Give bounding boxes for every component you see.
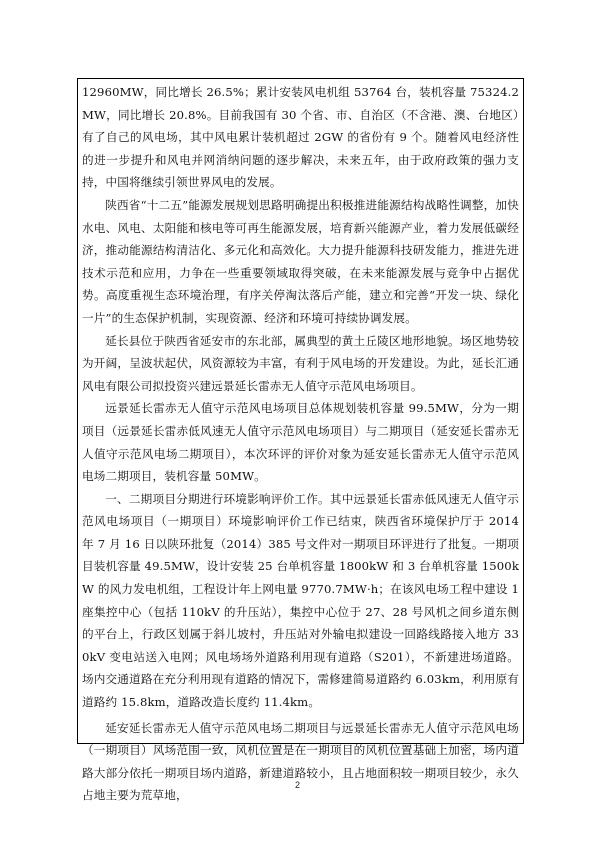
content-frame: 12960MW，同比增长 26.5%；累计安装风电机组 53764 台，装机容量… [77,78,524,744]
page-number: 2 [0,780,595,790]
paragraph-yanchang-county: 延长县位于陕西省延安市的东北部，属典型的黄土丘陵区地形地貌。场区地势较为开阔，呈… [82,330,519,398]
paragraph-phase-two-scope: 延安延长雷赤无人值守示范风电场二期项目与远景延长雷赤无人值守示范风电场（一期项目… [82,717,519,807]
paragraph-wind-statistics: 12960MW，同比增长 26.5%；累计安装风电机组 53764 台，装机容量… [82,81,519,194]
paragraph-shaanxi-energy-plan: 陕西省“十二五”能源发展规划思路明确提出积极推进能源结构战略性调整，加快水电、风… [82,194,519,330]
paragraph-project-capacity: 远景延长雷赤无人值守示范风电场项目总体规划装机容量 99.5MW，分为一期项目（… [82,397,519,487]
paragraph-phase-one-eia: 一、二期项目分期进行环境影响评价工作。其中远景延长雷赤低风速无人值守示范风电场项… [82,488,519,714]
